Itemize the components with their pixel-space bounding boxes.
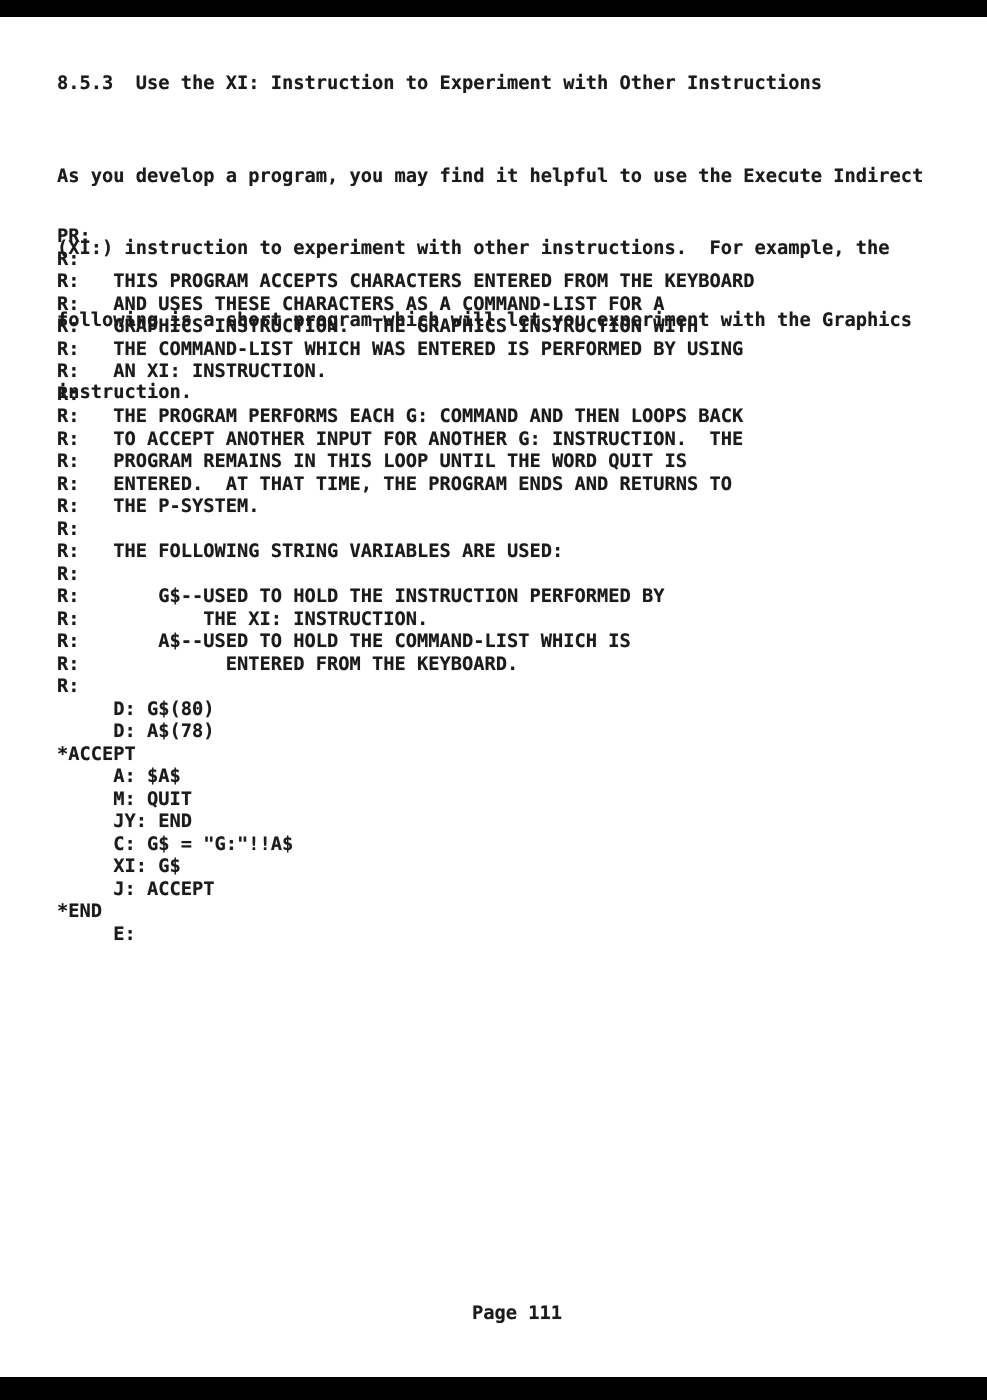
listing-line: R: THE PROGRAM PERFORMS EACH G: COMMAND … — [57, 406, 755, 429]
listing-line: PR: — [57, 226, 755, 249]
listing-line: M: QUIT — [57, 789, 755, 812]
listing-line: D: G$(80) — [57, 699, 755, 722]
intro-line: As you develop a program, you may find i… — [57, 165, 923, 189]
listing-line: XI: G$ — [57, 856, 755, 879]
scan-edge-bar-top — [0, 0, 987, 17]
listing-line: R: G$--USED TO HOLD THE INSTRUCTION PERF… — [57, 586, 755, 609]
listing-line: R: — [57, 384, 755, 407]
section-heading: 8.5.3 Use the XI: Instruction to Experim… — [57, 72, 822, 96]
listing-line: R: AN XI: INSTRUCTION. — [57, 361, 755, 384]
page-number: Page 111 — [472, 1302, 562, 1326]
listing-line: R: — [57, 676, 755, 699]
listing-line: R: THE XI: INSTRUCTION. — [57, 609, 755, 632]
scan-edge-bar-bottom — [0, 1377, 987, 1400]
listing-line: R: A$--USED TO HOLD THE COMMAND-LIST WHI… — [57, 631, 755, 654]
listing-line: C: G$ = "G:"!!A$ — [57, 834, 755, 857]
listing-line: R: — [57, 249, 755, 272]
listing-line: D: A$(78) — [57, 721, 755, 744]
listing-line: R: THE P-SYSTEM. — [57, 496, 755, 519]
listing-line: R: THE COMMAND-LIST WHICH WAS ENTERED IS… — [57, 339, 755, 362]
listing-line: A: $A$ — [57, 766, 755, 789]
scanned-manual-page: 8.5.3 Use the XI: Instruction to Experim… — [0, 0, 987, 1400]
listing-line: R: — [57, 564, 755, 587]
listing-line: R: GRAPHICS INSTRUCTION. THE GRAPHICS IN… — [57, 316, 755, 339]
listing-line: R: ENTERED. AT THAT TIME, THE PROGRAM EN… — [57, 474, 755, 497]
listing-line: E: — [57, 924, 755, 947]
listing-line: R: — [57, 519, 755, 542]
listing-line: R: PROGRAM REMAINS IN THIS LOOP UNTIL TH… — [57, 451, 755, 474]
listing-line: R: ENTERED FROM THE KEYBOARD. — [57, 654, 755, 677]
listing-line: R: AND USES THESE CHARACTERS AS A COMMAN… — [57, 294, 755, 317]
listing-line: R: THE FOLLOWING STRING VARIABLES ARE US… — [57, 541, 755, 564]
listing-line: R: THIS PROGRAM ACCEPTS CHARACTERS ENTER… — [57, 271, 755, 294]
listing-line: JY: END — [57, 811, 755, 834]
listing-line: R: TO ACCEPT ANOTHER INPUT FOR ANOTHER G… — [57, 429, 755, 452]
listing-line: *END — [57, 901, 755, 924]
listing-line: J: ACCEPT — [57, 879, 755, 902]
listing-line: *ACCEPT — [57, 744, 755, 767]
program-listing: PR:R:R: THIS PROGRAM ACCEPTS CHARACTERS … — [57, 226, 755, 946]
